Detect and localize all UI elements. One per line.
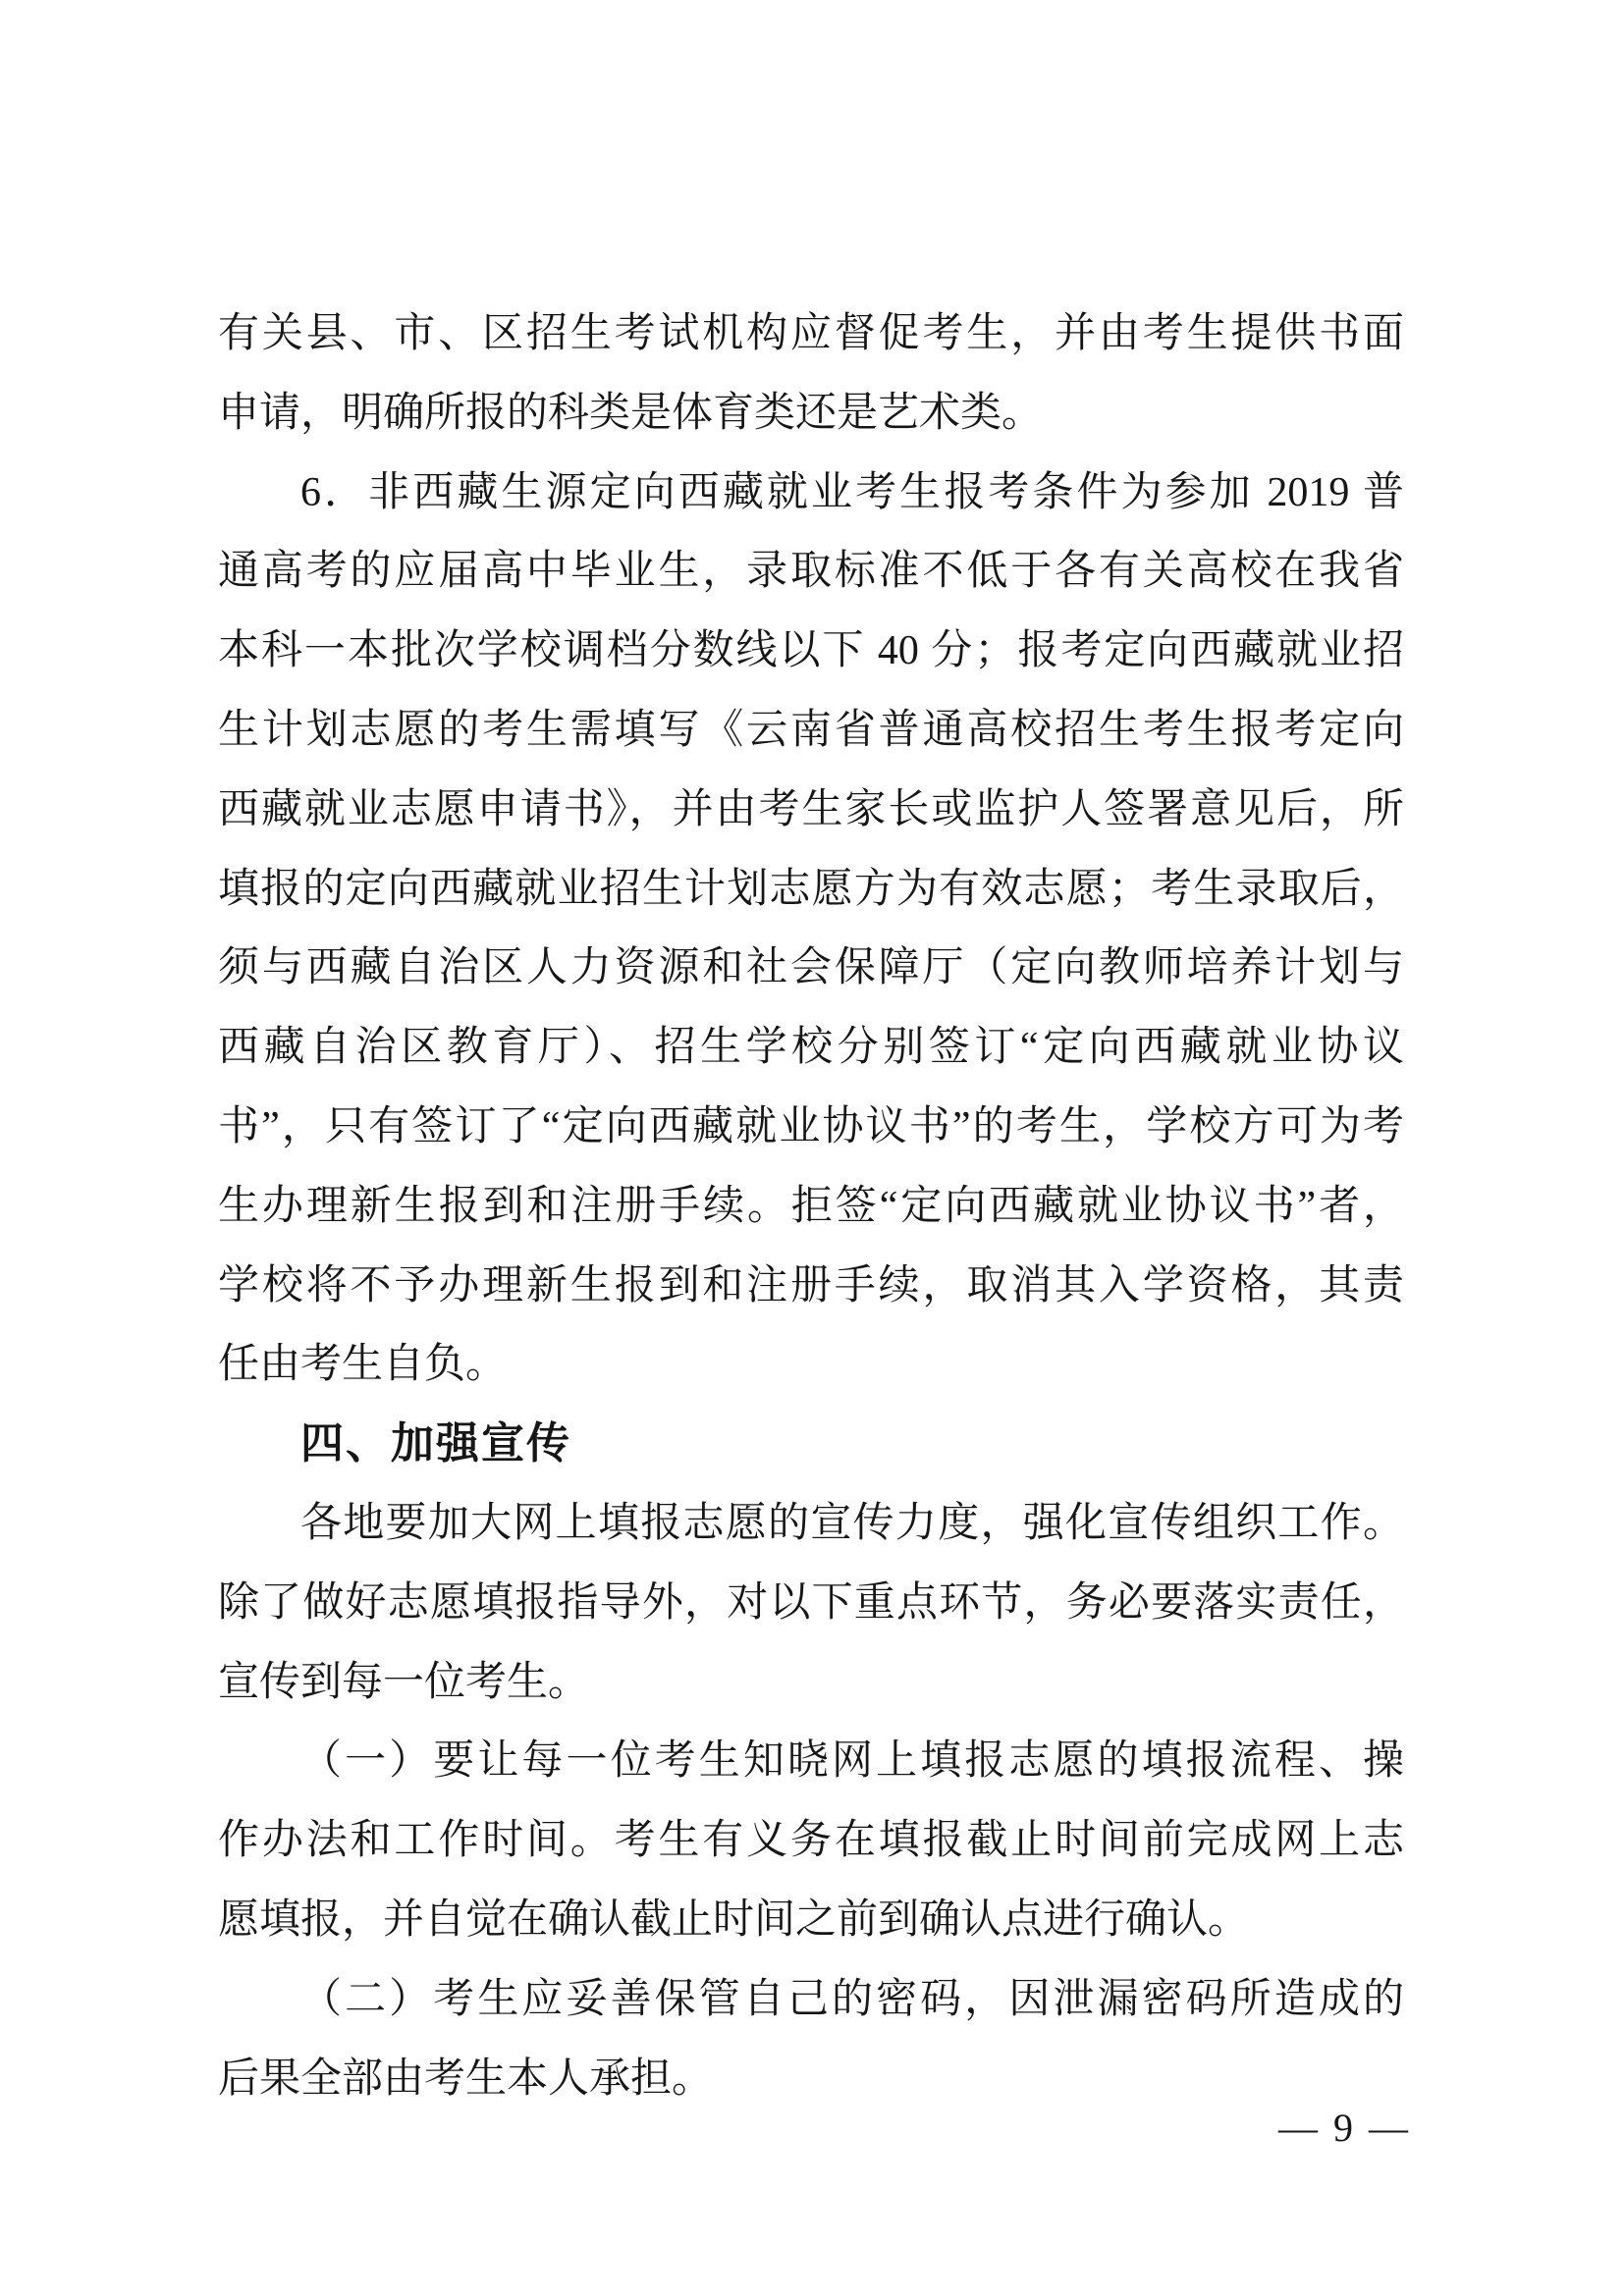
text-line: 须与西藏自治区人力资源和社会保障厅（定向教师培养计划与	[218, 929, 1404, 1008]
text-line: 宣传到每一位考生。	[218, 1643, 1404, 1723]
text-line: （二）考生应妥善保管自己的密码，因泄漏密码所造成的	[218, 1960, 1404, 2040]
paragraph-carryover: 有关县、市、区招生考试机构应督促考生，并由考生提供书面 申请，明确所报的科类是体…	[218, 294, 1404, 454]
text-line: 6．非西藏生源定向西藏就业考生报考条件为参加 2019 普	[218, 454, 1404, 533]
text-line: 愿填报，并自觉在确认截止时间之前到确认点进行确认。	[218, 1881, 1404, 1960]
text-line: 申请，明确所报的科类是体育类还是艺术类。	[218, 374, 1404, 454]
text-line: 填报的定向西藏就业招生计划志愿方为有效志愿；考生录取后，	[218, 850, 1404, 930]
text-line: 作办法和工作时间。考生有义务在填报截止时间前完成网上志	[218, 1801, 1404, 1881]
text-line: 有关县、市、区招生考试机构应督促考生，并由考生提供书面	[218, 294, 1404, 374]
paragraph-publicity: 各地要加大网上填报志愿的宣传力度，强化宣传组织工作。 除了做好志愿填报指导外，对…	[218, 1484, 1404, 1722]
text-line: 西藏自治区教育厅）、招生学校分别签订“定向西藏就业协议	[218, 1008, 1404, 1088]
text-line: 书”，只有签订了“定向西藏就业协议书”的考生，学校方可为考	[218, 1088, 1404, 1167]
section-heading: 四、加强宣传	[218, 1405, 1404, 1484]
document-text-block: 有关县、市、区招生考试机构应督促考生，并由考生提供书面 申请，明确所报的科类是体…	[218, 294, 1404, 2118]
text-line: 除了做好志愿填报指导外，对以下重点环节，务必要落实责任，	[218, 1564, 1404, 1643]
page-number-label: — 9 —	[1278, 2099, 1411, 2158]
paragraph-point-1: （一）要让每一位考生知晓网上填报志愿的填报流程、操 作办法和工作时间。考生有义务…	[218, 1722, 1404, 1959]
document-page: 有关县、市、区招生考试机构应督促考生，并由考生提供书面 申请，明确所报的科类是体…	[0, 0, 1624, 2296]
text-line: 任由考生自负。	[218, 1325, 1404, 1405]
text-line: 学校将不予办理新生报到和注册手续，取消其入学资格，其责	[218, 1247, 1404, 1326]
text-line: 西藏就业志愿申请书》，并由考生家长或监护人签署意见后，所	[218, 771, 1404, 850]
text-line: 各地要加大网上填报志愿的宣传力度，强化宣传组织工作。	[218, 1484, 1404, 1564]
text-line: 生计划志愿的考生需填写《云南省普通高校招生考生报考定向	[218, 691, 1404, 771]
text-line: 后果全部由考生本人承担。	[218, 2040, 1404, 2119]
paragraph-point-2: （二）考生应妥善保管自己的密码，因泄漏密码所造成的 后果全部由考生本人承担。	[218, 1960, 1404, 2119]
text-line: 通高考的应届高中毕业生，录取标准不低于各有关高校在我省	[218, 532, 1404, 612]
text-line: 本科一本批次学校调档分数线以下 40 分；报考定向西藏就业招	[218, 612, 1404, 691]
paragraph-item-6: 6．非西藏生源定向西藏就业考生报考条件为参加 2019 普 通高考的应届高中毕业…	[218, 454, 1404, 1406]
text-line: （一）要让每一位考生知晓网上填报志愿的填报流程、操	[218, 1722, 1404, 1801]
text-line: 生办理新生报到和注册手续。拒签“定向西藏就业协议书”者，	[218, 1167, 1404, 1247]
